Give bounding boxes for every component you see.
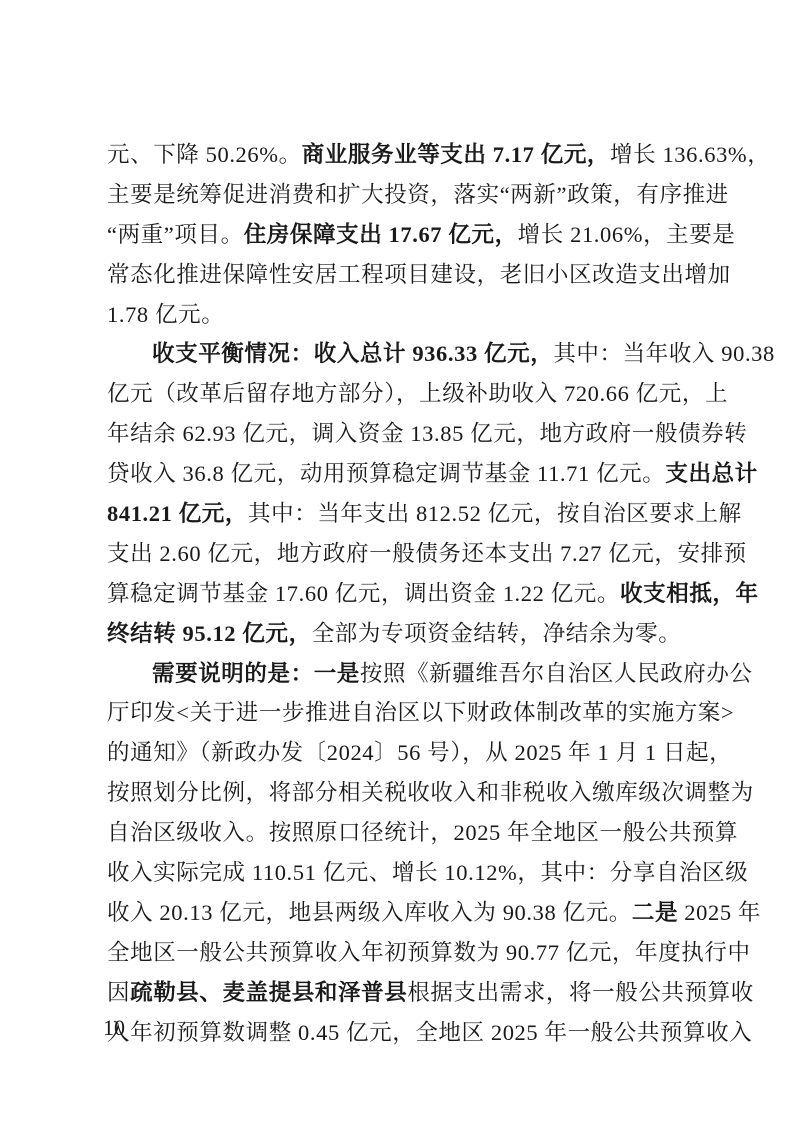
text-run: 常态化推进保障性安居工程项目建设，老旧小区改造支出增加: [107, 262, 731, 287]
text-run: 1.78 亿元。: [107, 302, 224, 327]
text-run: 亿元（改革后留存地方部分），上级补助收入 720.66 亿元，上: [107, 381, 728, 406]
text-line: 厅印发<关于进一步推进自治区以下财政体制改革的实施方案>: [107, 693, 691, 733]
text-run: 按照划分比例，将部分相关税收收入和非税收入缴库级次调整为: [107, 780, 754, 805]
text-run: 按照《新疆维吾尔自治区人民政府办公: [360, 661, 753, 686]
bold-run: 住房保障支出 17.67 亿元，: [244, 222, 518, 247]
text-run: 厅印发<关于进一步推进自治区以下财政体制改革的实施方案>: [107, 700, 734, 725]
bold-run: 需要说明的是：一是: [152, 661, 360, 686]
bold-run: 终结转 95.12 亿元，: [107, 621, 312, 646]
page-number: 10: [103, 1015, 125, 1041]
text-run: 年结余 62.93 亿元，调入资金 13.85 亿元，地方政府一般债券转: [107, 421, 747, 446]
text-run: 元、下降 50.26%。: [107, 142, 302, 167]
text-line: 年结余 62.93 亿元，调入资金 13.85 亿元，地方政府一般债券转: [107, 414, 691, 454]
bold-run: 疏勒县、麦盖提县和泽普县: [130, 980, 407, 1005]
paragraph-expenditure-details: 元、下降 50.26%。商业服务业等支出 7.17 亿元，增长 136.63%，…: [107, 135, 691, 334]
paragraph-notes: 需要说明的是：一是按照《新疆维吾尔自治区人民政府办公 厅印发<关于进一步推进自治…: [107, 654, 691, 1053]
text-run: “两重”项目。: [107, 222, 244, 247]
text-line: 主要是统筹促进消费和扩大投资，落实“两新”政策，有序推进: [107, 175, 691, 215]
text-line: 按照划分比例，将部分相关税收收入和非税收入缴库级次调整为: [107, 773, 691, 813]
text-line: 终结转 95.12 亿元，全部为专项资金结转，净结余为零。: [107, 614, 691, 654]
text-line: 常态化推进保障性安居工程项目建设，老旧小区改造支出增加: [107, 255, 691, 295]
text-run: 其中：当年支出 812.52 亿元，按自治区要求上解: [248, 501, 742, 526]
bold-run: 收支相抵，年: [620, 581, 759, 606]
text-run: 收入 20.13 亿元，地县两级入库收入为 90.38 亿元。: [107, 900, 632, 925]
paragraph-balance-situation: 收支平衡情况：收入总计 936.33 亿元，其中：当年收入 90.38 亿元（改…: [107, 334, 691, 653]
bold-run: 收支平衡情况：收入总计 936.33 亿元，: [152, 341, 553, 366]
text-run: 2025 年: [678, 900, 761, 925]
text-run: 全地区一般公共预算收入年初预算数为 90.77 亿元，年度执行中: [107, 940, 751, 965]
bold-run: 841.21 亿元，: [107, 501, 248, 526]
text-run: 增长 136.63%，: [610, 142, 770, 167]
text-run: 收入实际完成 110.51 亿元、增长 10.12%，其中：分享自治区级: [107, 860, 748, 885]
text-line: 收入实际完成 110.51 亿元、增长 10.12%，其中：分享自治区级: [107, 853, 691, 893]
document-page: 元、下降 50.26%。商业服务业等支出 7.17 亿元，增长 136.63%，…: [0, 0, 793, 1122]
text-line: 因疏勒县、麦盖提县和泽普县根据支出需求，将一般公共预算收: [107, 973, 691, 1013]
text-line: 需要说明的是：一是按照《新疆维吾尔自治区人民政府办公: [107, 654, 691, 694]
bold-run: 支出总计: [665, 461, 757, 486]
text-run: 自治区级收入。按照原口径统计，2025 年全地区一般公共预算: [107, 820, 738, 845]
text-line: 入年初预算数调整 0.45 亿元，全地区 2025 年一般公共预算收入: [107, 1013, 691, 1053]
text-run: 算稳定调节基金 17.60 亿元，调出资金 1.22 亿元。: [107, 581, 620, 606]
text-line: 元、下降 50.26%。商业服务业等支出 7.17 亿元，增长 136.63%，: [107, 135, 691, 175]
text-line: 收入 20.13 亿元，地县两级入库收入为 90.38 亿元。二是 2025 年: [107, 893, 691, 933]
text-run: 贷收入 36.8 亿元，动用预算稳定调节基金 11.71 亿元。: [107, 461, 665, 486]
text-line: 841.21 亿元，其中：当年支出 812.52 亿元，按自治区要求上解: [107, 494, 691, 534]
text-line: 支出 2.60 亿元，地方政府一般债务还本支出 7.27 亿元，安排预: [107, 534, 691, 574]
text-run: 入年初预算数调整 0.45 亿元，全地区 2025 年一般公共预算收入: [107, 1020, 752, 1045]
text-line: 1.78 亿元。: [107, 295, 691, 335]
text-line: 自治区级收入。按照原口径统计，2025 年全地区一般公共预算: [107, 813, 691, 853]
text-run: 因: [107, 980, 130, 1005]
body-text: 元、下降 50.26%。商业服务业等支出 7.17 亿元，增长 136.63%，…: [107, 135, 691, 1052]
text-line: 亿元（改革后留存地方部分），上级补助收入 720.66 亿元，上: [107, 374, 691, 414]
text-line: 贷收入 36.8 亿元，动用预算稳定调节基金 11.71 亿元。支出总计: [107, 454, 691, 494]
text-line: 全地区一般公共预算收入年初预算数为 90.77 亿元，年度执行中: [107, 933, 691, 973]
text-run: 增长 21.06%，主要是: [518, 222, 736, 247]
text-line: 算稳定调节基金 17.60 亿元，调出资金 1.22 亿元。收支相抵，年: [107, 574, 691, 614]
text-line: 收支平衡情况：收入总计 936.33 亿元，其中：当年收入 90.38: [107, 334, 691, 374]
bold-run: 商业服务业等支出 7.17 亿元，: [302, 142, 610, 167]
text-run: 全部为专项资金结转，净结余为零。: [312, 621, 682, 646]
text-line: “两重”项目。住房保障支出 17.67 亿元，增长 21.06%，主要是: [107, 215, 691, 255]
text-run: 主要是统筹促进消费和扩大投资，落实“两新”政策，有序推进: [107, 182, 729, 207]
text-run: 根据支出需求，将一般公共预算收: [407, 980, 754, 1005]
text-run: 支出 2.60 亿元，地方政府一般债务还本支出 7.27 亿元，安排预: [107, 541, 747, 566]
text-line: 的通知》（新政办发〔2024〕56 号），从 2025 年 1 月 1 日起，: [107, 733, 691, 773]
bold-run: 二是: [632, 900, 678, 925]
text-run: 其中：当年收入 90.38: [553, 341, 775, 366]
text-run: 的通知》（新政办发〔2024〕56 号），从 2025 年 1 月 1 日起，: [107, 740, 732, 765]
